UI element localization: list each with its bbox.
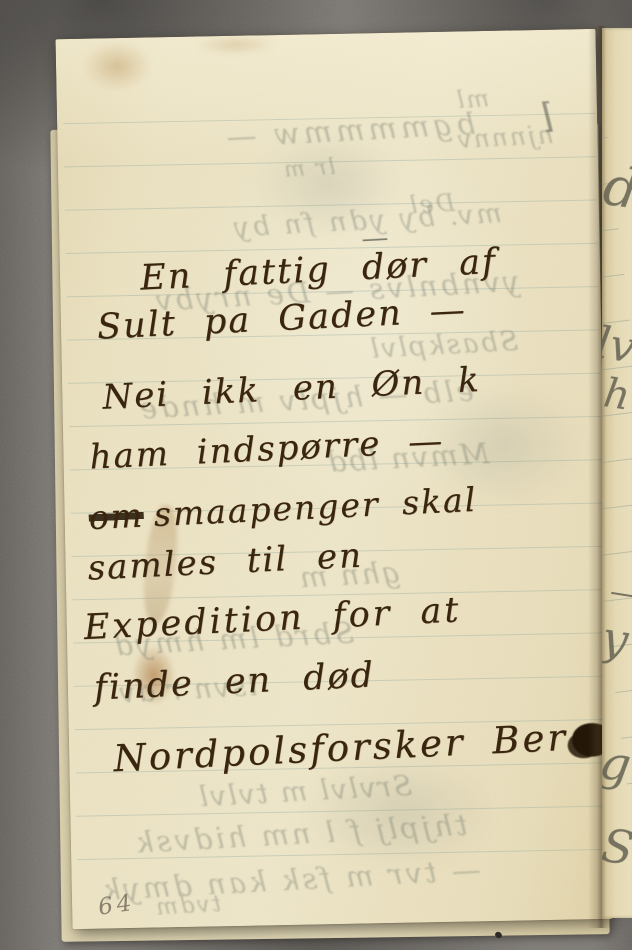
page-number: 64 (96, 890, 137, 921)
struck-out-word: om (88, 496, 145, 538)
notebook-right-page-sliver: d lv h — y g S (602, 28, 632, 918)
showthrough-flourish: l (538, 95, 555, 142)
right-page-handwriting-fragment: — (607, 574, 632, 613)
notebook-left-page: ml bgmmmmw — lr m mv. by ydn fn by Del y… (56, 29, 613, 929)
right-page-handwriting-fragment: g (602, 734, 632, 794)
showthrough-text: lr m (281, 155, 336, 183)
showthrough-text: Del (407, 189, 456, 220)
right-page-handwriting-fragment: lv (602, 317, 632, 373)
showthrough-text: tvdm (154, 891, 222, 921)
paper-stain-top-left (82, 39, 153, 92)
right-page-handwriting-fragment: S (602, 818, 632, 876)
notebook-photo-scene: ml bgmmmmw — lr m mv. by ydn fn by Del y… (0, 0, 632, 950)
right-page-handwriting-fragment: d (602, 154, 632, 222)
